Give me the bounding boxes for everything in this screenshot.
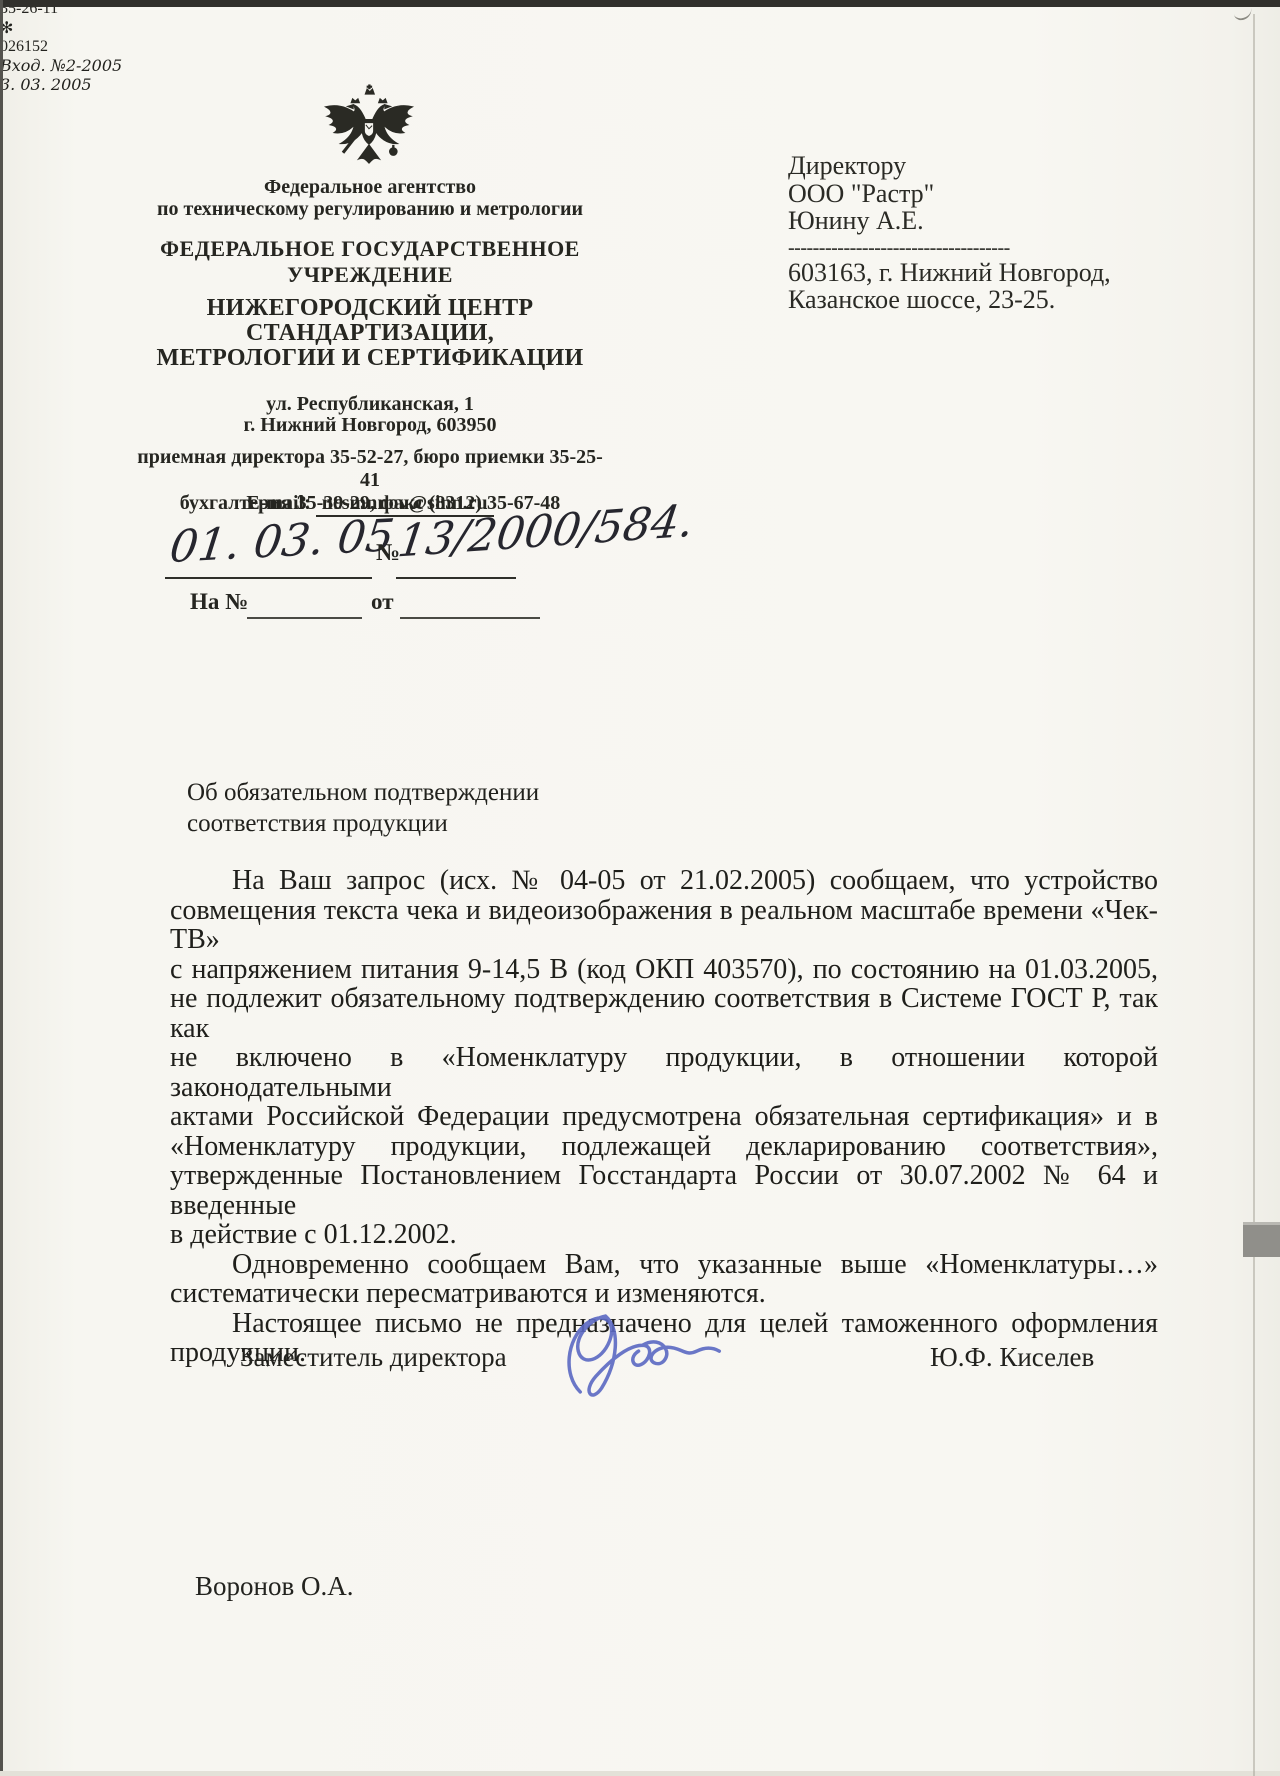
center-name-line-2: СТАНДАРТИЗАЦИИ, (130, 321, 610, 346)
scan-bottom-edge (0, 1771, 1280, 1776)
body-line: в действие с 01.12.2002. (170, 1220, 1158, 1250)
body-line: с напряжением питания 9-14,5 В (код ОКП … (170, 955, 1158, 985)
reply-ref-label-ot: от (371, 589, 394, 615)
paper-fold-line (1253, 14, 1255, 1776)
incoming-note-line-1: Вход. №2-2005 (0, 56, 1280, 75)
address-line-2: г. Нижний Новгород, 603950 (130, 415, 610, 436)
letter-body: На Ваш запрос (исх. № 04-05 от 21.02.200… (170, 866, 1158, 1368)
center-name-line-3: МЕТРОЛОГИИ И СЕРТИФИКАЦИИ (130, 346, 610, 371)
phones-line-1: приемная директора 35-52-27, бюро приемк… (130, 446, 610, 492)
recipient-divider: ------------------------------------ (788, 241, 1111, 255)
scan-left-edge (0, 0, 3, 1776)
body-line: не включено в «Номенклатуру продукции, в… (170, 1043, 1158, 1102)
reply-ref-label-na: На № (190, 589, 248, 615)
incoming-note-line-2: 3. 03. 2005 (0, 75, 1280, 94)
coat-of-arms-emblem (318, 84, 420, 177)
subject-line-1: Об обязательном подтверждении (187, 777, 539, 808)
signature-name: Ю.Ф. Киселев (930, 1342, 1094, 1373)
address-line-1: ул. Республиканская, 1 (130, 394, 610, 415)
recipient-line-3: Юнину А.Е. (788, 207, 1111, 235)
handwritten-date: 01. 03. 05 (167, 510, 397, 573)
body-line: утвержденные Постановлением Госстандарта… (170, 1161, 1158, 1220)
scan-top-edge (0, 0, 1280, 7)
institution-line-1: ФЕДЕРАЛЬНОЕ ГОСУДАРСТВЕННОЕ (130, 236, 610, 262)
recipient-line-2: ООО "Растр" (788, 180, 1111, 208)
body-line: совмещения текста чека и видеоизображени… (170, 896, 1158, 955)
reply-ref-underline-1 (247, 617, 362, 619)
letterhead-center-name: НИЖЕГОРОДСКИЙ ЦЕНТР СТАНДАРТИЗАЦИИ, МЕТР… (130, 296, 610, 371)
scan-corner-artifact (1243, 1222, 1280, 1257)
number-underline (396, 577, 516, 579)
stamp-serial-number: 026152 (0, 38, 1280, 56)
scanned-letter-page: Федеральное агентство по техническому ре… (0, 0, 1280, 1776)
date-underline (165, 577, 372, 579)
body-line: Одновременно сообщаем Вам, что указанные… (170, 1250, 1158, 1280)
subject-line-2: соответствия продукции (187, 808, 539, 839)
recipient-block: Директору ООО "Растр" Юнину А.Е. -------… (788, 152, 1111, 313)
recipient-address-line-2: Казанское шоссе, 23-25. (788, 286, 1111, 313)
recipient-line-1: Директору (788, 152, 1111, 180)
handwritten-signature (553, 1305, 728, 1410)
email-label: E-mail: (246, 492, 310, 514)
stamp-asterisk: ✻ (0, 18, 1280, 38)
executor-name: Воронов О.А. (195, 1571, 353, 1602)
agency-line-1: Федеральное агентство (130, 176, 610, 198)
institution-line-2: УЧРЕЖДЕНИЕ (130, 262, 610, 288)
center-name-line-1: НИЖЕГОРОДСКИЙ ЦЕНТР (130, 296, 610, 321)
letterhead-institution: ФЕДЕРАЛЬНОЕ ГОСУДАРСТВЕННОЕ УЧРЕЖДЕНИЕ (130, 236, 610, 288)
subject-block: Об обязательном подтверждении соответств… (187, 777, 539, 839)
body-line: «Номенклатуру продукции, подлежащей декл… (170, 1132, 1158, 1162)
agency-line-2: по техническому регулированию и метролог… (130, 198, 610, 220)
signature-title: Заместитель директора (240, 1342, 507, 1373)
letterhead-agency: Федеральное агентство по техническому ре… (130, 176, 610, 220)
body-line: На Ваш запрос (исх. № 04-05 от 21.02.200… (170, 866, 1158, 896)
body-line: не подлежит обязательному подтверждению … (170, 984, 1158, 1043)
reply-ref-underline-2 (400, 617, 540, 619)
body-line: актами Российской Федерации предусмотрен… (170, 1102, 1158, 1132)
recipient-address-line-1: 603163, г. Нижний Новгород, (788, 259, 1111, 286)
letterhead-address: ул. Республиканская, 1 г. Нижний Новгоро… (130, 394, 610, 436)
